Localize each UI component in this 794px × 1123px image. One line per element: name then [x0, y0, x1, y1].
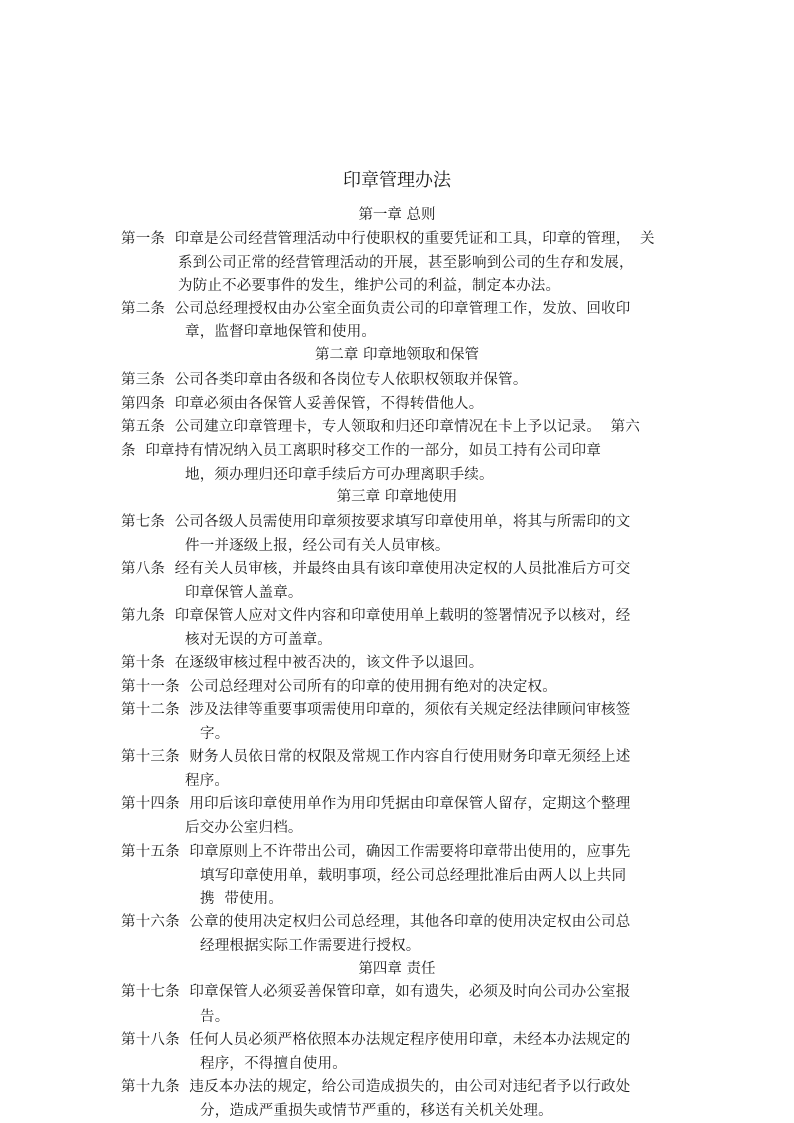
article-line: 第十二条 涉及法律等重要事项需使用印章的，须依有关规定经法律顾问审核签	[121, 701, 630, 719]
article-line: 程序，不得擅自使用。	[200, 1055, 347, 1073]
article-line: 为防止不必要事件的发生，维护公司的利益，制定本办法。	[178, 277, 560, 295]
document-page: 印章管理办法 第一章 总则 第一条 印章是公司经营管理活动中行使职权的重要凭证和…	[0, 0, 794, 1123]
article-line: 第八条 经有关人员审核，并最终由具有该印章使用决定权的人员批准后方可交	[121, 560, 630, 578]
chapter-heading: 第四章 责任	[0, 960, 794, 978]
article-line: 核对无误的方可盖章。	[185, 631, 332, 649]
article-line: 填写印章使用单，载明事项，经公司总经理批准后由两人以上共同	[200, 867, 626, 885]
article-line: 件一并逐级上报，经公司有关人员审核。	[185, 537, 450, 555]
article-line: 第十五条 印章原则上不许带出公司，确因工作需要将印章带出使用的，应事先	[121, 843, 630, 861]
article-line: 分，造成严重损失或情节严重的，移送有关机关处理。	[200, 1102, 553, 1120]
article-line: 经理根据实际工作需要进行授权。	[200, 937, 421, 955]
article-line: 第十一条 公司总经理对公司所有的印章的使用拥有绝对的决定权。	[121, 678, 557, 696]
article-line: 告。	[200, 1008, 229, 1026]
article-line: 系到公司正常的经营管理活动的开展，甚至影响到公司的生存和发展，	[178, 254, 634, 272]
article-line: 第四条 印章必须由各保管人妥善保管，不得转借他人。	[121, 395, 483, 413]
chapter-heading: 第二章 印章地领取和保管	[0, 346, 794, 364]
article-line: 程序。	[185, 772, 229, 790]
article-line: 第十八条 任何人员必须严格依照本办法规定程序使用印章，未经本办法规定的	[121, 1031, 630, 1049]
article-line: 字。	[200, 725, 229, 743]
article-line: 第二条 公司总经理授权由办公室全面负责公司的印章管理工作，发放、回收印	[121, 300, 630, 318]
article-line: 印章保管人盖章。	[185, 584, 303, 602]
article-line: 第九条 印章保管人应对文件内容和印章使用单上载明的签署情况予以核对，经	[121, 607, 630, 625]
article-line: 第五条 公司建立印章管理卡，专人领取和归还印章情况在卡上予以记录。 第六	[121, 418, 640, 436]
article-line: 章，监督印章地保管和使用。	[185, 323, 376, 341]
article-line: 第十三条 财务人员依日常的权限及常规工作内容自行使用财务印章无须经上述	[121, 748, 630, 766]
article-line: 第七条 公司各级人员需使用印章须按要求填写印章使用单，将其与所需印的文	[121, 513, 630, 531]
article-line: 地，须办理归还印章手续后方可办理离职手续。	[185, 466, 494, 484]
article-line: 第十七条 印章保管人必须妥善保管印章，如有遗失，必须及时向公司办公室报	[121, 983, 630, 1001]
article-line: 第十四条 用印后该印章使用单作为用印凭据由印章保管人留存，定期这个整理	[121, 795, 630, 813]
article-line: 第十条 在逐级审核过程中被否决的，该文件予以退回。	[121, 654, 483, 672]
article-line: 后交办公室归档。	[185, 819, 303, 837]
article-line: 第十九条 违反本办法的规定，给公司造成损失的，由公司对违纪者予以行政处	[121, 1078, 630, 1096]
chapter-heading: 第三章 印章地使用	[0, 488, 794, 506]
article-line: 携 带使用。	[200, 890, 283, 908]
article-line: 第一条 印章是公司经营管理活动中行使职权的重要凭证和工具，印章的管理， 关	[121, 230, 655, 248]
article-line: 第三条 公司各类印章由各级和各岗位专人依职权领取并保管。	[121, 371, 528, 389]
article-line: 条 印章持有情况纳入员工离职时移交工作的一部分，如员工持有公司印章	[121, 442, 601, 460]
chapter-heading: 第一章 总则	[0, 206, 794, 224]
article-line: 第十六条 公章的使用决定权归公司总经理，其他各印章的使用决定权由公司总	[121, 913, 630, 931]
document-title: 印章管理办法	[0, 170, 794, 192]
